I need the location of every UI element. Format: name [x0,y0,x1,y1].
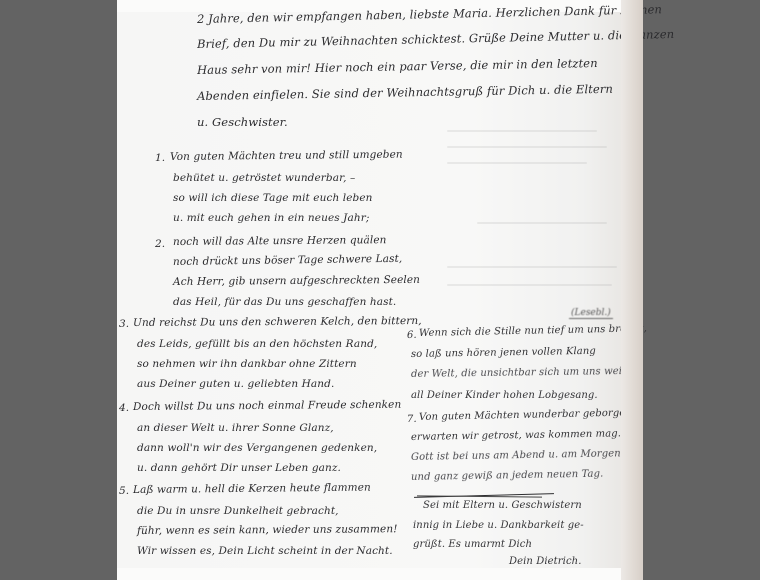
closing-line: Sei mit Eltern u. Geschwistern [423,500,582,511]
margin-note: (Lesebl.) [569,308,613,319]
verse-line: und ganz gewiß an jedem neuen Tag. [411,469,604,483]
verse-line: Ach Herr, gib unsern aufgeschreckten See… [173,274,420,288]
verse-line: Gott ist bei uns am Abend u. am Morgen [411,448,621,463]
verse-line: dann woll'n wir des Vergangenen gedenken… [137,442,377,454]
verse-line: führ, wenn es sein kann, wieder uns zusa… [137,523,398,537]
bleed-through-line [477,222,607,224]
verse-line: erwarten wir getrost, was kommen mag. [411,428,621,443]
verse-line: die Du in unsre Dunkelheit gebracht, [137,505,339,517]
closing-line: innig in Liebe u. Dankbarkeit ge- [413,520,584,531]
stanza-number: 3. [119,318,129,330]
verse-line: der Welt, die unsichtbar sich um uns wei… [411,366,636,380]
verse-line: u. dann gehört Dir unser Leben ganz. [137,462,341,474]
stanza-number: 1. [155,152,165,164]
verse-line: an dieser Welt u. ihrer Sonne Glanz, [137,422,334,434]
stanza-number: 7. [407,414,417,425]
verse-line: noch drückt uns böser Tage schwere Last, [173,253,402,268]
verse-line: Wenn sich die Stille nun tief um uns bre… [419,323,647,339]
verse-line: Von guten Mächten wunderbar geborgen [419,408,632,423]
verse-line: u. mit euch gehen in ein neues Jahr; [173,212,369,224]
intro-line: Brief, den Du mir zu Weihnachten schickt… [197,27,674,51]
bleed-through-line [447,130,597,132]
stanza-number: 4. [119,402,129,414]
intro-line: Haus sehr von mir! Hier noch ein paar Ve… [197,56,598,77]
intro-line: 2 Jahre, den wir empfangen haben, liebst… [197,2,662,26]
verse-line: Von guten Mächten treu und still umgeben [170,149,403,163]
verse-line: Doch willst Du uns noch einmal Freude sc… [133,399,401,413]
scanned-page: 2 Jahre, den wir empfangen haben, liebst… [117,0,643,580]
bleed-through-line [447,266,617,268]
verse-line: noch will das Alte unsre Herzen quälen [173,234,387,248]
bleed-through-line [447,146,607,148]
letter-sheet: 2 Jahre, den wir empfangen haben, liebst… [117,12,623,568]
verse-line: das Heil, für das Du uns geschaffen hast… [173,296,396,308]
bleed-through-line [447,284,612,286]
verse-line: all Deiner Kinder hohen Lobgesang. [411,390,598,401]
closing-line: grüßt. Es umarmt Dich [413,539,532,550]
verse-line: Wir wissen es, Dein Licht scheint in der… [137,545,393,557]
stanza-number: 2. [155,238,165,250]
intro-line: u. Geschwister. [197,115,288,129]
verse-line: Und reichst Du uns den schweren Kelch, d… [133,315,422,329]
verse-line: so nehmen wir ihn dankbar ohne Zittern [137,358,357,370]
page-gutter [621,0,643,580]
signature: Dein Dietrich. [509,556,582,567]
verse-line: aus Deiner guten u. geliebten Hand. [137,378,334,390]
verse-line: behütet u. getröstet wunderbar, – [173,172,355,184]
divider-line [417,495,542,497]
intro-line: Abenden einfielen. Sie sind der Weihnach… [197,82,613,103]
verse-line: Laß warm u. hell die Kerzen heute flamme… [133,482,371,496]
image-viewer: 2 Jahre, den wir empfangen haben, liebst… [0,0,760,580]
bleed-through-line [447,162,587,164]
verse-line: so will ich diese Tage mit euch leben [173,192,373,204]
stanza-number: 5. [119,485,129,497]
verse-line: so laß uns hören jenen vollen Klang [411,346,596,360]
verse-line: des Leids, gefüllt bis an den höchsten R… [137,338,377,350]
stanza-number: 6. [407,330,417,341]
